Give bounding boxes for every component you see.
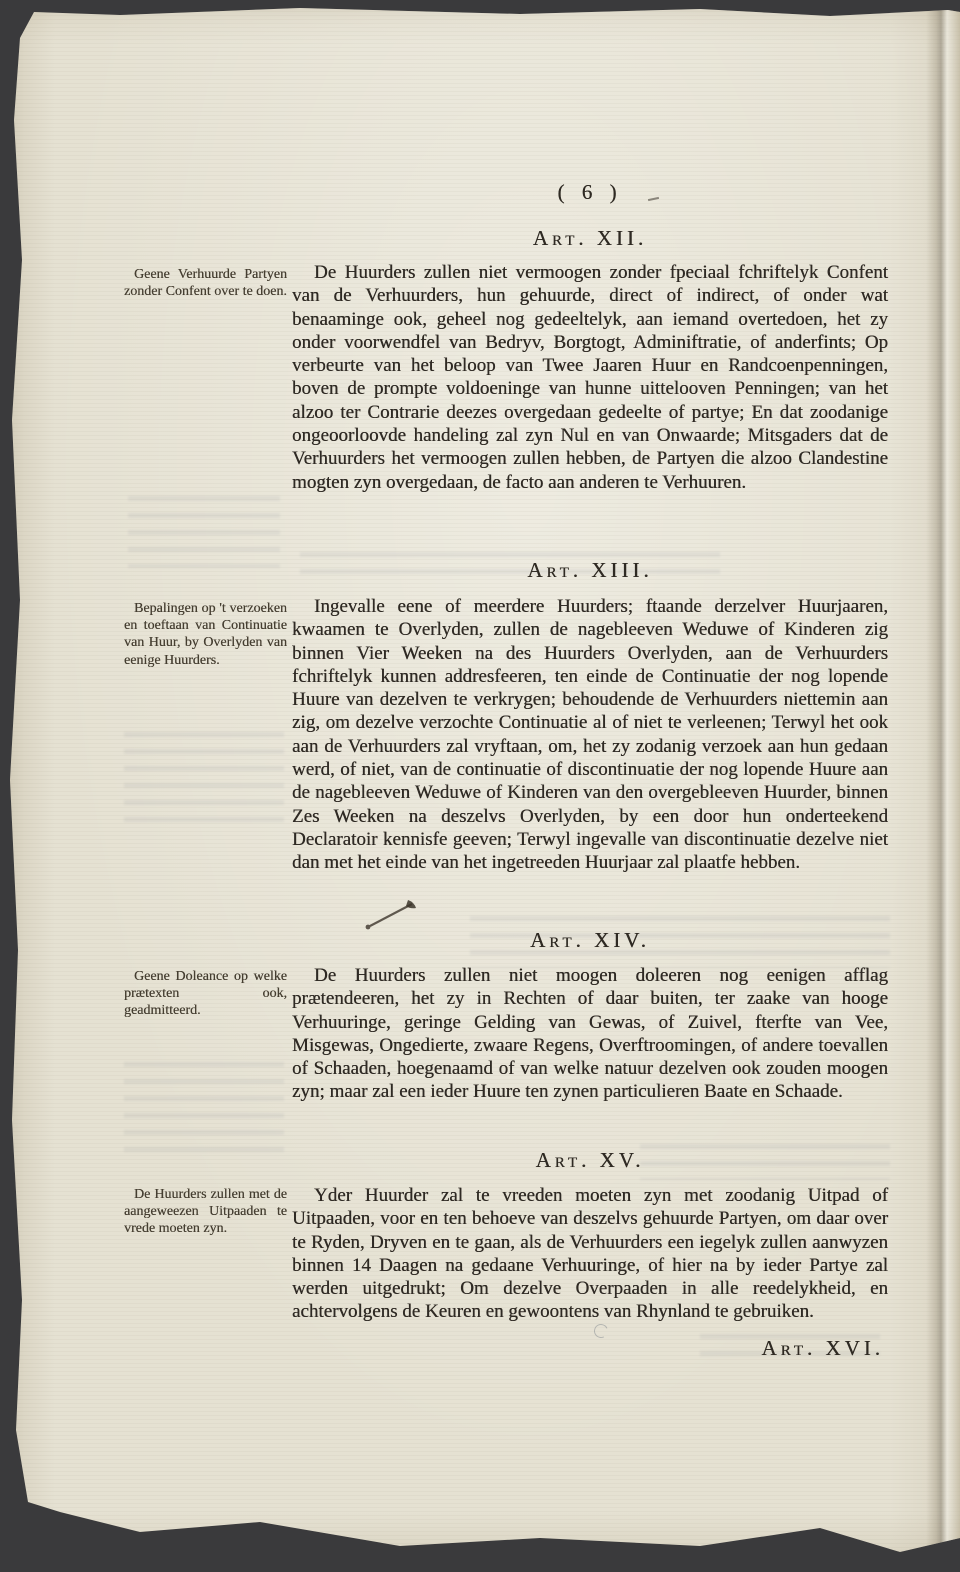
page-number: ( 6 ): [292, 180, 888, 205]
margin-note-xii: Geene Verhuurde Partyen zonder Confent o…: [124, 266, 287, 300]
article-heading-xii: Art. XII.: [292, 226, 888, 251]
book-scan-background: ( 6 ) Art. XII. Geene Verhuurde Partyen …: [0, 0, 960, 1572]
article-body-xiii: Ingevalle eene of meerdere Huurders; fta…: [292, 595, 888, 875]
page-paper: ( 6 ) Art. XII. Geene Verhuurde Partyen …: [0, 0, 960, 1572]
bleedthrough-ghost-text: [128, 492, 280, 568]
article-body-xiv: De Huurders zullen niet moogen doleeren …: [292, 964, 888, 1104]
next-article-heading: Art. XVI.: [292, 1336, 884, 1361]
bleedthrough-ghost-text: [124, 1058, 284, 1163]
margin-note-xiv: Geene Doleance op welke prætexten ook, g…: [124, 968, 287, 1020]
margin-note-xv: De Huurders zullen met de aangeweezen Ui…: [124, 1186, 287, 1238]
bleedthrough-ghost-text: [124, 728, 284, 828]
article-heading-xiii: Art. XIII.: [292, 558, 888, 583]
page-gutter-crease: [926, 0, 960, 1572]
article-body-xv: Yder Huurder zal te vreeden moeten zyn m…: [292, 1184, 888, 1324]
article-heading-xv: Art. XV.: [292, 1148, 888, 1173]
article-heading-xiv: Art. XIV.: [292, 928, 888, 953]
article-body-xii: De Huurders zullen niet vermoogen zonder…: [292, 261, 888, 494]
margin-note-xiii: Bepalingen op 't verzoeken en toeftaan v…: [124, 600, 287, 669]
